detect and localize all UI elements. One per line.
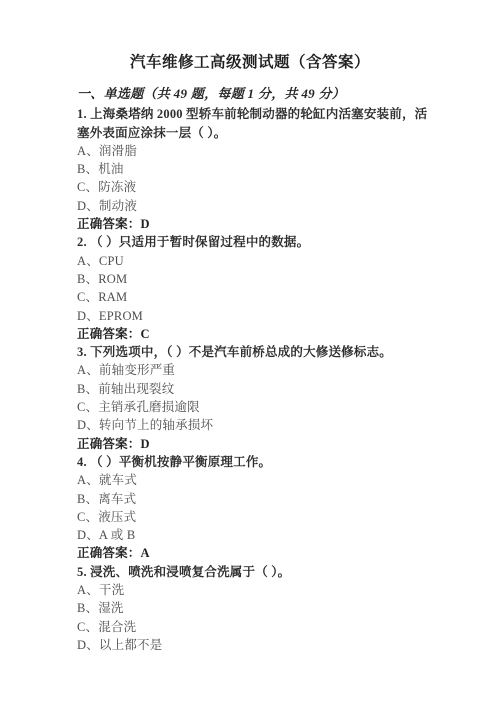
option-d: D、制动液 xyxy=(77,197,439,215)
option-b: B、机油 xyxy=(77,160,439,178)
question-text: 4. （ ）平衡机按静平衡原理工作。 xyxy=(77,453,439,471)
question-text: 2. （ ）只适用于暂时保留过程中的数据。 xyxy=(77,233,439,251)
answer-text: 正确答案：C xyxy=(77,325,439,343)
option-a: A、前轴变形严重 xyxy=(77,361,439,379)
option-d: D、转向节上的轴承损坏 xyxy=(77,416,439,434)
option-d: D、EPROM xyxy=(77,307,439,325)
document-page: 汽车维修工高级测试题（含答案） 一、单选题（共 49 题，每题 1 分，共 49… xyxy=(0,0,500,707)
option-b: B、ROM xyxy=(77,270,439,288)
option-c: C、主销承孔磨损逾限 xyxy=(77,398,439,416)
answer-text: 正确答案：D xyxy=(77,215,439,233)
question-text: 3. 下列选项中，（ ）不是汽车前桥总成的大修送修标志。 xyxy=(77,343,439,361)
option-b: B、离车式 xyxy=(77,490,439,508)
question-text: 1. 上海桑塔纳 2000 型轿车前轮制动器的轮缸内活塞安装前，活塞外表面应涂抹… xyxy=(77,105,439,142)
option-b: B、前轴出现裂纹 xyxy=(77,380,439,398)
document-content: 一、单选题（共 49 题，每题 1 分，共 49 分） 1. 上海桑塔纳 200… xyxy=(0,85,439,654)
question-block-5: 5. 浸洗、喷洗和浸喷复合洗属于（ ）。 A、干洗 B、湿洗 C、混合洗 D、以… xyxy=(77,563,439,654)
question-block-4: 4. （ ）平衡机按静平衡原理工作。 A、就车式 B、离车式 C、液压式 D、A… xyxy=(77,453,439,563)
option-a: A、CPU xyxy=(77,252,439,270)
option-c: C、防冻液 xyxy=(77,178,439,196)
option-a: A、干洗 xyxy=(77,581,439,599)
question-block-2: 2. （ ）只适用于暂时保留过程中的数据。 A、CPU B、ROM C、RAM … xyxy=(77,233,439,343)
option-d: D、以上都不是 xyxy=(77,636,439,654)
section-header: 一、单选题（共 49 题，每题 1 分，共 49 分） xyxy=(77,85,439,103)
option-a: A、就车式 xyxy=(77,471,439,489)
question-block-3: 3. 下列选项中，（ ）不是汽车前桥总成的大修送修标志。 A、前轴变形严重 B、… xyxy=(77,343,439,453)
answer-text: 正确答案：D xyxy=(77,435,439,453)
question-block-1: 1. 上海桑塔纳 2000 型轿车前轮制动器的轮缸内活塞安装前，活塞外表面应涂抹… xyxy=(77,105,439,233)
option-c: C、混合洗 xyxy=(77,618,439,636)
question-text: 5. 浸洗、喷洗和浸喷复合洗属于（ ）。 xyxy=(77,563,439,581)
option-a: A、润滑脂 xyxy=(77,142,439,160)
answer-text: 正确答案：A xyxy=(77,544,439,562)
option-b: B、湿洗 xyxy=(77,599,439,617)
document-title: 汽车维修工高级测试题（含答案） xyxy=(0,0,500,74)
option-c: C、液压式 xyxy=(77,508,439,526)
option-d: D、A 或 B xyxy=(77,526,439,544)
option-c: C、RAM xyxy=(77,288,439,306)
